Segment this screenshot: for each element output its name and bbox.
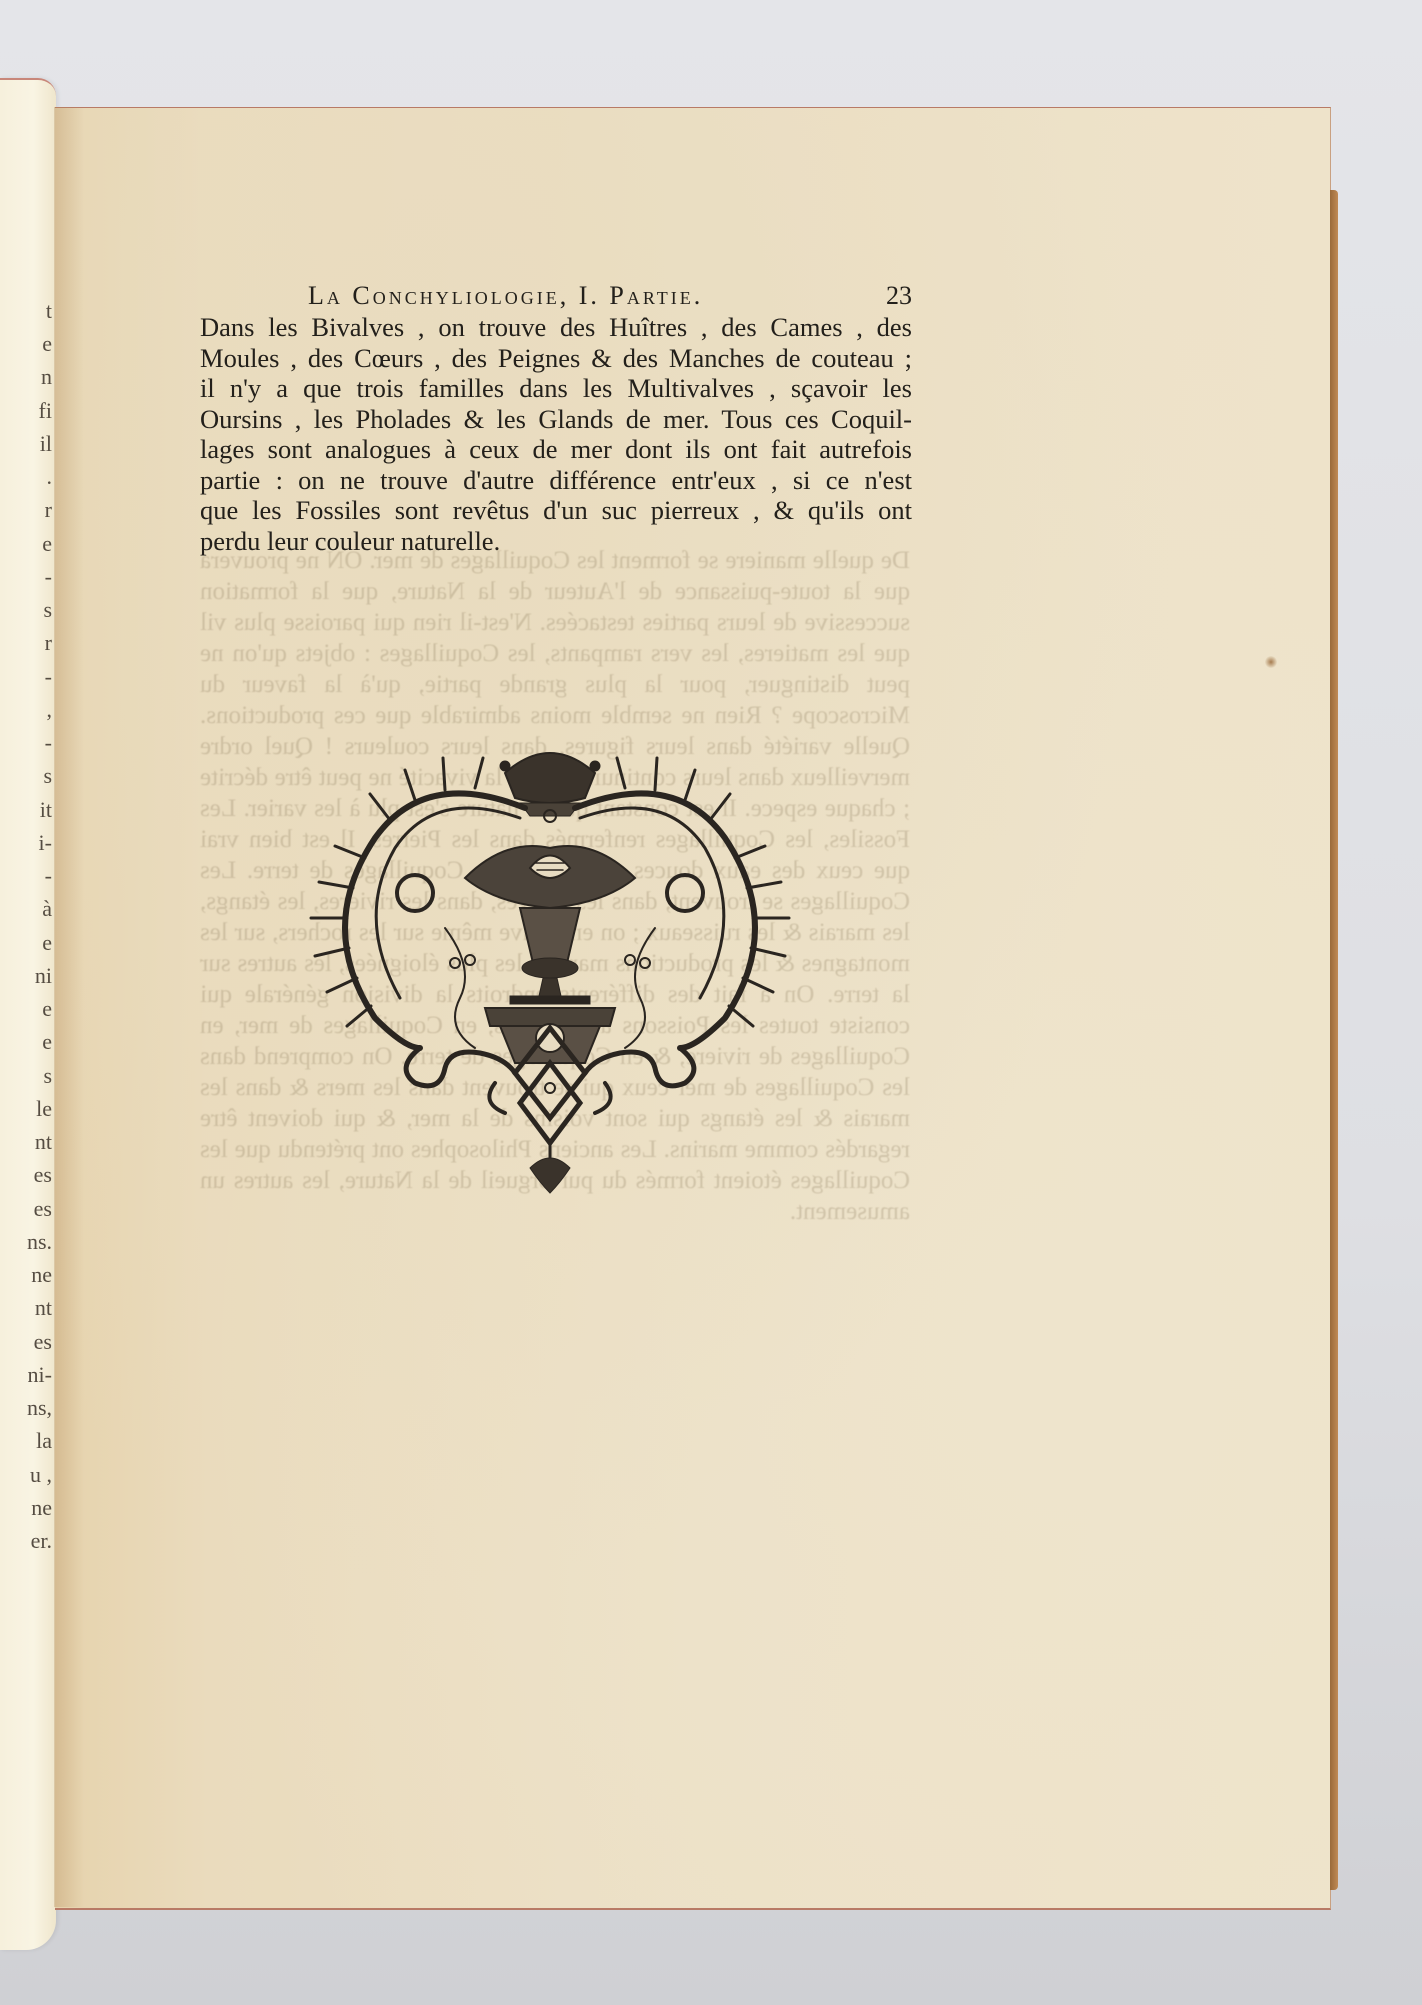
text-block: La Conchyliologie, I. Partie. 23 Dans le… xyxy=(200,280,912,556)
left-page-text-fragment: es xyxy=(34,1164,52,1186)
left-page-text-fragment: it xyxy=(40,799,52,821)
left-page-text-fragment: e xyxy=(42,932,52,954)
left-page-text-fragment: e xyxy=(42,998,52,1020)
left-page-text-fragment: s xyxy=(43,599,52,621)
left-page-text-fragment: fi xyxy=(39,400,52,422)
left-page-text-fragment: es xyxy=(34,1331,52,1353)
left-page-text-fragment: . xyxy=(47,466,53,488)
text-line: lages sont analogues à ceux de mer dont … xyxy=(200,434,912,465)
left-page-text-fragment: ne xyxy=(31,1497,52,1519)
fore-edge xyxy=(1330,190,1338,1890)
left-page-text-fragment: - xyxy=(45,865,52,887)
foxing-spot xyxy=(1265,656,1277,668)
left-page-text-fragment: - xyxy=(45,566,52,588)
left-page-text-fragment: r xyxy=(45,499,52,521)
showthrough-margin-note: ​ xyxy=(918,610,1028,624)
left-page-text-fragment: ns. xyxy=(27,1231,52,1253)
left-page-text-fragment: t xyxy=(46,300,52,322)
left-page-text-fragment: le xyxy=(36,1098,52,1120)
left-page-text-fragment: il xyxy=(40,433,52,455)
left-page-text-fragment: i- xyxy=(39,832,52,854)
left-page-text-fragment: e xyxy=(42,533,52,555)
left-page-text-fragment: r xyxy=(45,632,52,654)
body-paragraph: Dans les Bivalves , on trouve des Huître… xyxy=(200,312,912,556)
left-page-text-fragment: e xyxy=(42,1031,52,1053)
text-line: que les Fossiles sont revêtus d'un suc p… xyxy=(200,495,912,526)
left-page-text-fragment: e xyxy=(42,333,52,355)
left-page-text-fragment: , xyxy=(47,699,53,721)
left-page-text-fragment: es xyxy=(34,1198,52,1220)
text-line: il n'y a que trois familles dans les Mul… xyxy=(200,373,912,404)
left-page-text-fragment: - xyxy=(45,732,52,754)
left-page-text-fragment: er. xyxy=(31,1530,52,1552)
left-page-edge: tenfiil.re-sr-,-siti--àenieeslentesesns.… xyxy=(0,78,56,1950)
left-page-text-fragment: s xyxy=(43,1065,52,1087)
text-line: Oursins , les Pholades & les Glands de m… xyxy=(200,404,912,435)
left-page-text-fragment: u , xyxy=(30,1464,52,1486)
running-head: La Conchyliologie, I. Partie. 23 xyxy=(200,280,912,312)
left-page-text-fragment: - xyxy=(45,666,52,688)
ornament-vignette-icon xyxy=(305,728,795,1198)
running-head-title: La Conchyliologie, I. Partie. xyxy=(308,280,703,312)
left-page-text-fragment: nt xyxy=(35,1131,52,1153)
left-page-text-fragment: ns, xyxy=(27,1397,52,1419)
left-page-text-fragment: ne xyxy=(31,1264,52,1286)
left-page-text-fragment: ni xyxy=(35,965,52,987)
left-page-text-fragment: ni- xyxy=(28,1364,52,1386)
page-number: 23 xyxy=(886,280,912,312)
text-line: Dans les Bivalves , on trouve des Huître… xyxy=(200,312,912,343)
left-page-text-fragment: à xyxy=(42,898,52,920)
text-line: Moules , des Cœurs , des Peignes & des M… xyxy=(200,343,912,374)
left-page-text-fragment: la xyxy=(36,1430,52,1452)
left-page-text-fragment: nt xyxy=(35,1297,52,1319)
left-page-text-fragment: n xyxy=(41,366,52,388)
text-line: perdu leur couleur naturelle. xyxy=(200,526,912,557)
text-line: partie : on ne trouve d'autre différence… xyxy=(200,465,912,496)
left-page-text-fragment: s xyxy=(43,765,52,787)
